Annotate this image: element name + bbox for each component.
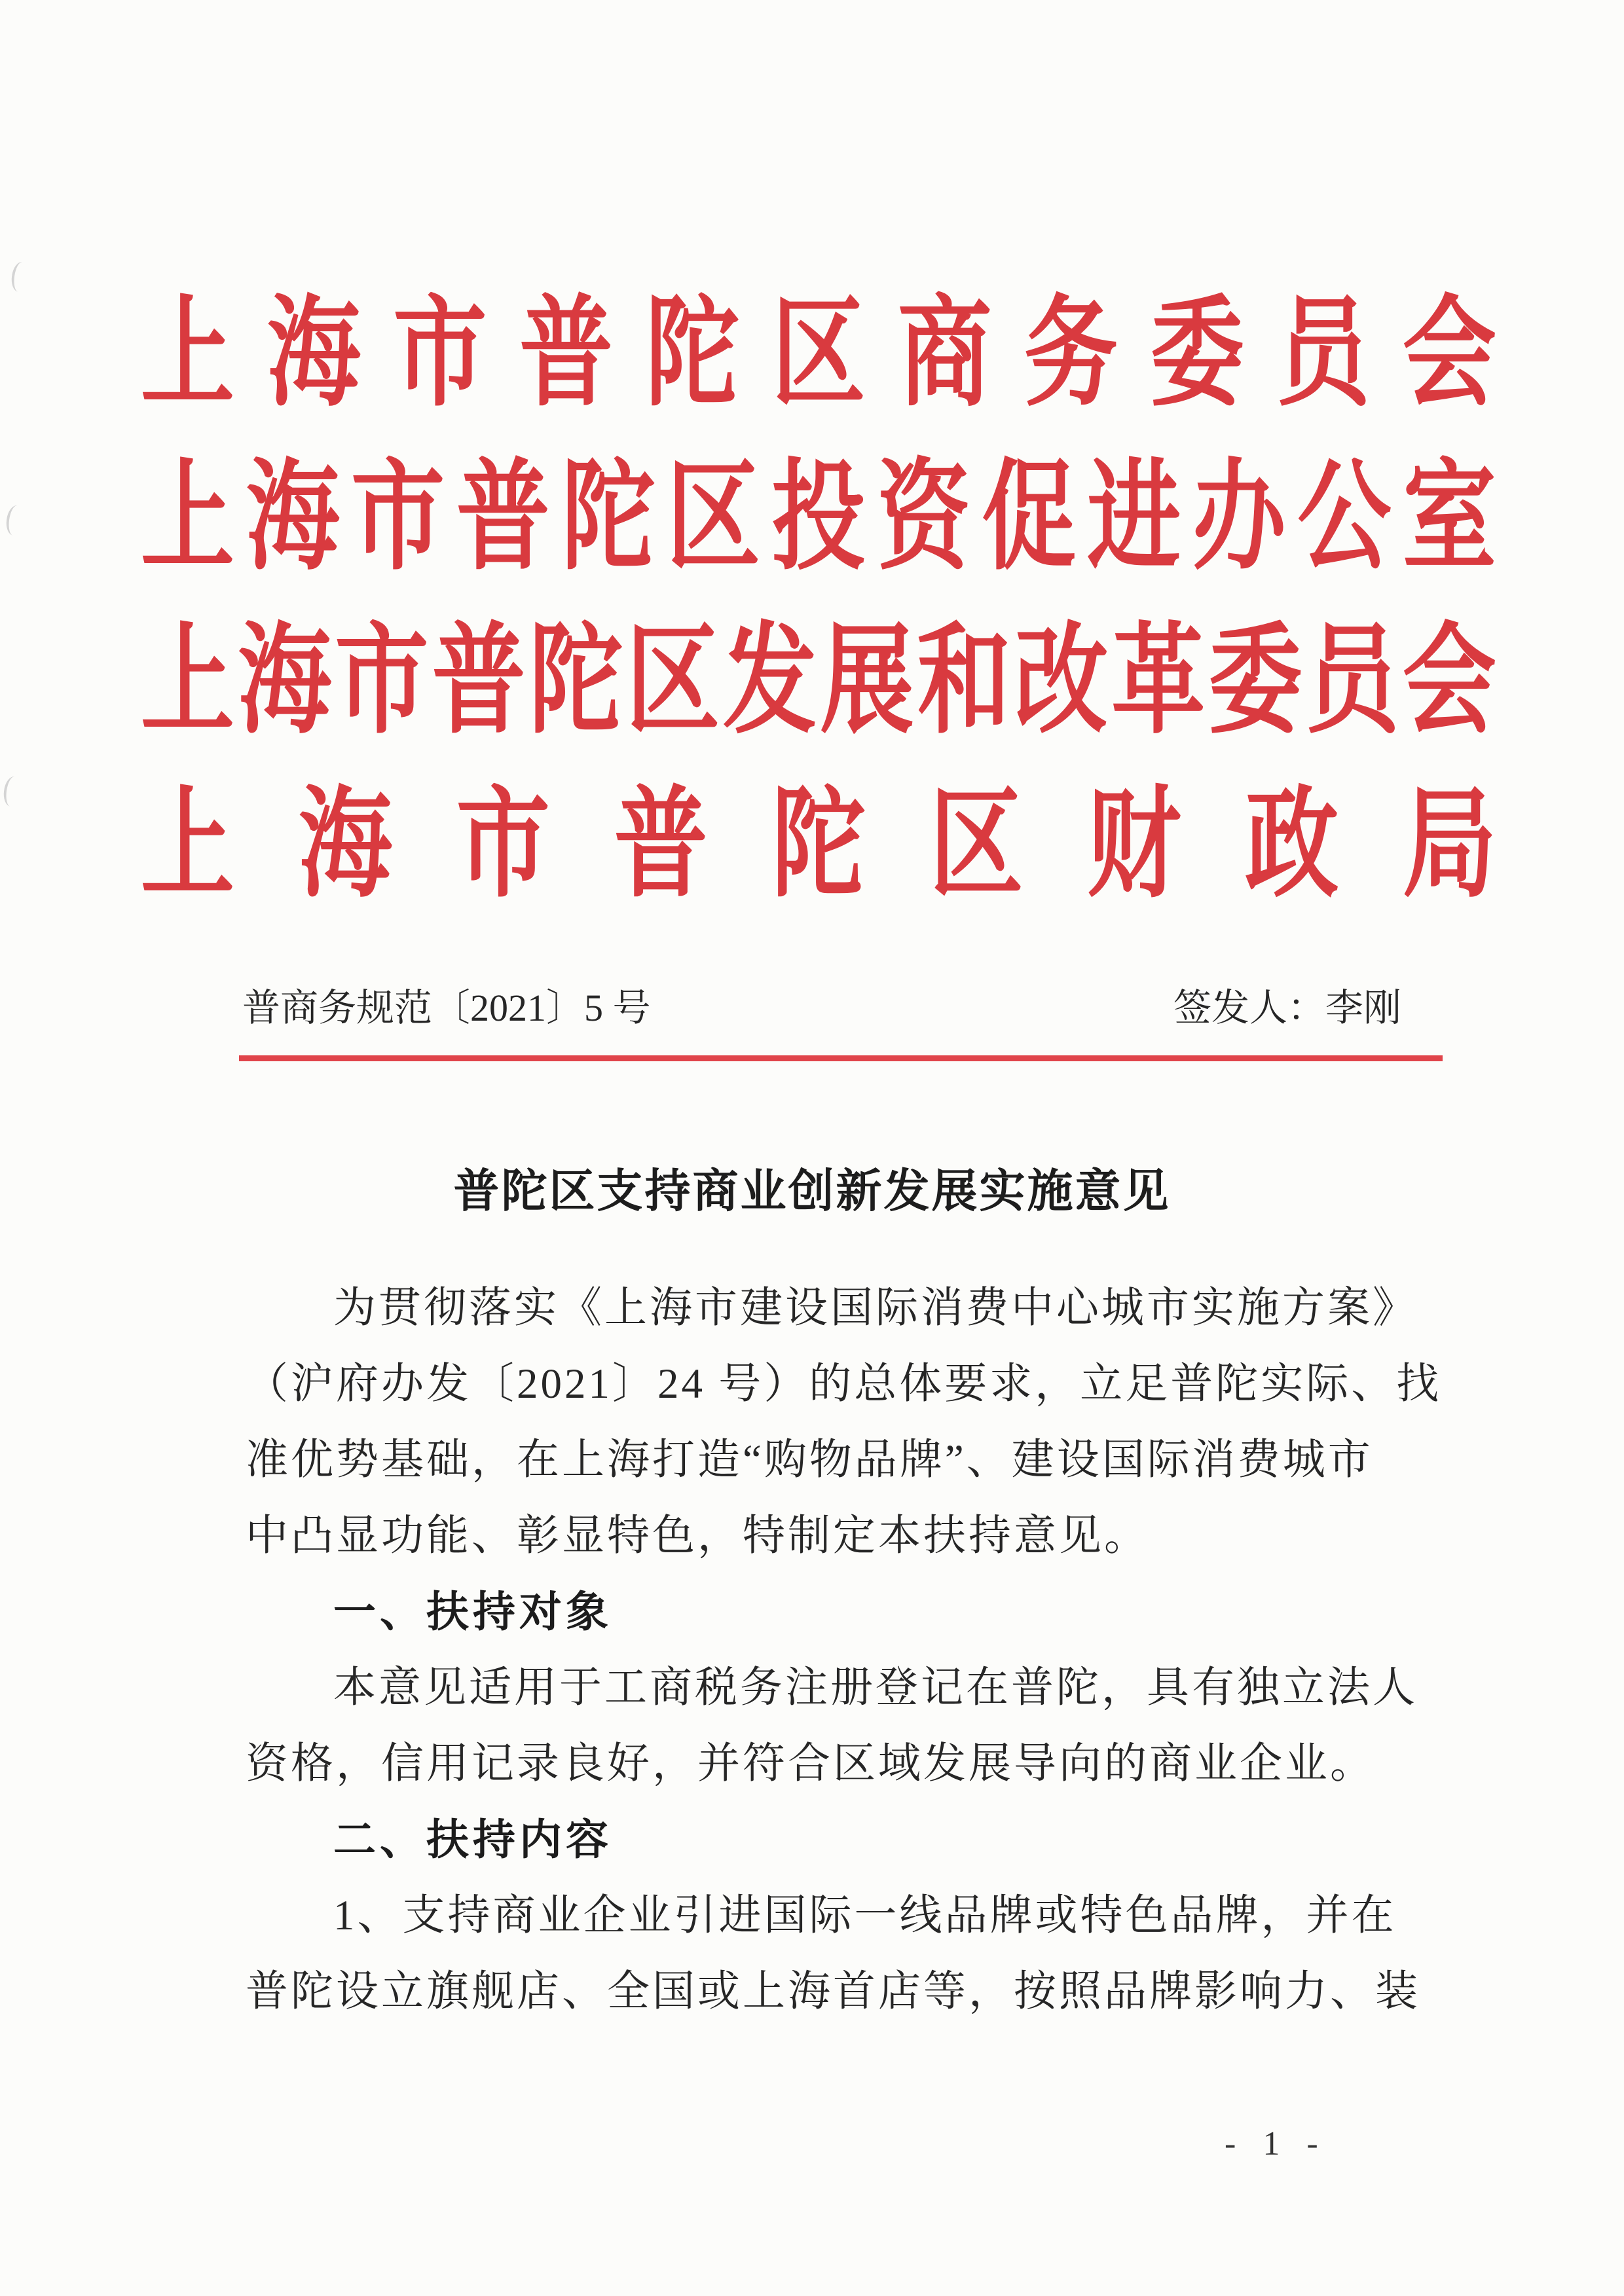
body-line: 1、支持商业企业引进国际一线品牌或特色品牌，并在 — [246, 1878, 1385, 1954]
body-line: 准优势基础，在上海打造“购物品牌”、建设国际消费城市 — [246, 1422, 1385, 1498]
scan-artifact — [2, 775, 23, 807]
page-number: - 1 - — [1225, 2124, 1327, 2163]
body-line: 本意见适用于工商税务注册登记在普陀，具有独立法人 — [246, 1650, 1385, 1726]
red-divider-rule — [239, 1055, 1443, 1061]
issuer: 签发人：李刚 — [1173, 977, 1401, 1032]
letterhead-line-finance-bureau: 上海市普陀区财政局 — [141, 729, 1496, 938]
section-heading-support-targets: 一、扶持对象 — [246, 1574, 1385, 1650]
document-body: 为贯彻落实《上海市建设国际消费中心城市实施方案》 （沪府办发〔2021〕24 号… — [246, 1270, 1385, 2030]
body-line: 资格，信用记录良好，并符合区域发展导向的商业企业。 — [246, 1726, 1385, 1802]
reference-row: 普商务规范〔2021〕5 号 签发人：李刚 — [242, 977, 1401, 1032]
document-title: 普陀区支持商业创新发展实施意见 — [0, 1154, 1624, 1220]
scan-artifact — [5, 504, 26, 536]
body-line: （沪府办发〔2021〕24 号）的总体要求，立足普陀实际、找 — [246, 1346, 1385, 1422]
scanned-document-page: 上海市普陀区商务委员会 上海市普陀区投资促进办公室 上海市普陀区发展和改革委员会… — [0, 0, 1624, 2296]
issuer-label: 签发人： — [1173, 987, 1325, 1029]
scan-artifact — [10, 261, 31, 293]
issuer-name: 李刚 — [1325, 987, 1401, 1029]
section-heading-support-content: 二、扶持内容 — [246, 1802, 1385, 1878]
body-line: 为贯彻落实《上海市建设国际消费中心城市实施方案》 — [246, 1270, 1385, 1346]
document-number: 普商务规范〔2021〕5 号 — [242, 977, 651, 1032]
letterhead: 上海市普陀区商务委员会 上海市普陀区投资促进办公室 上海市普陀区发展和改革委员会… — [141, 261, 1496, 915]
body-line: 中凸显功能、彰显特色，特制定本扶持意见。 — [246, 1498, 1385, 1574]
body-line: 普陀设立旗舰店、全国或上海首店等，按照品牌影响力、装 — [246, 1954, 1385, 2030]
